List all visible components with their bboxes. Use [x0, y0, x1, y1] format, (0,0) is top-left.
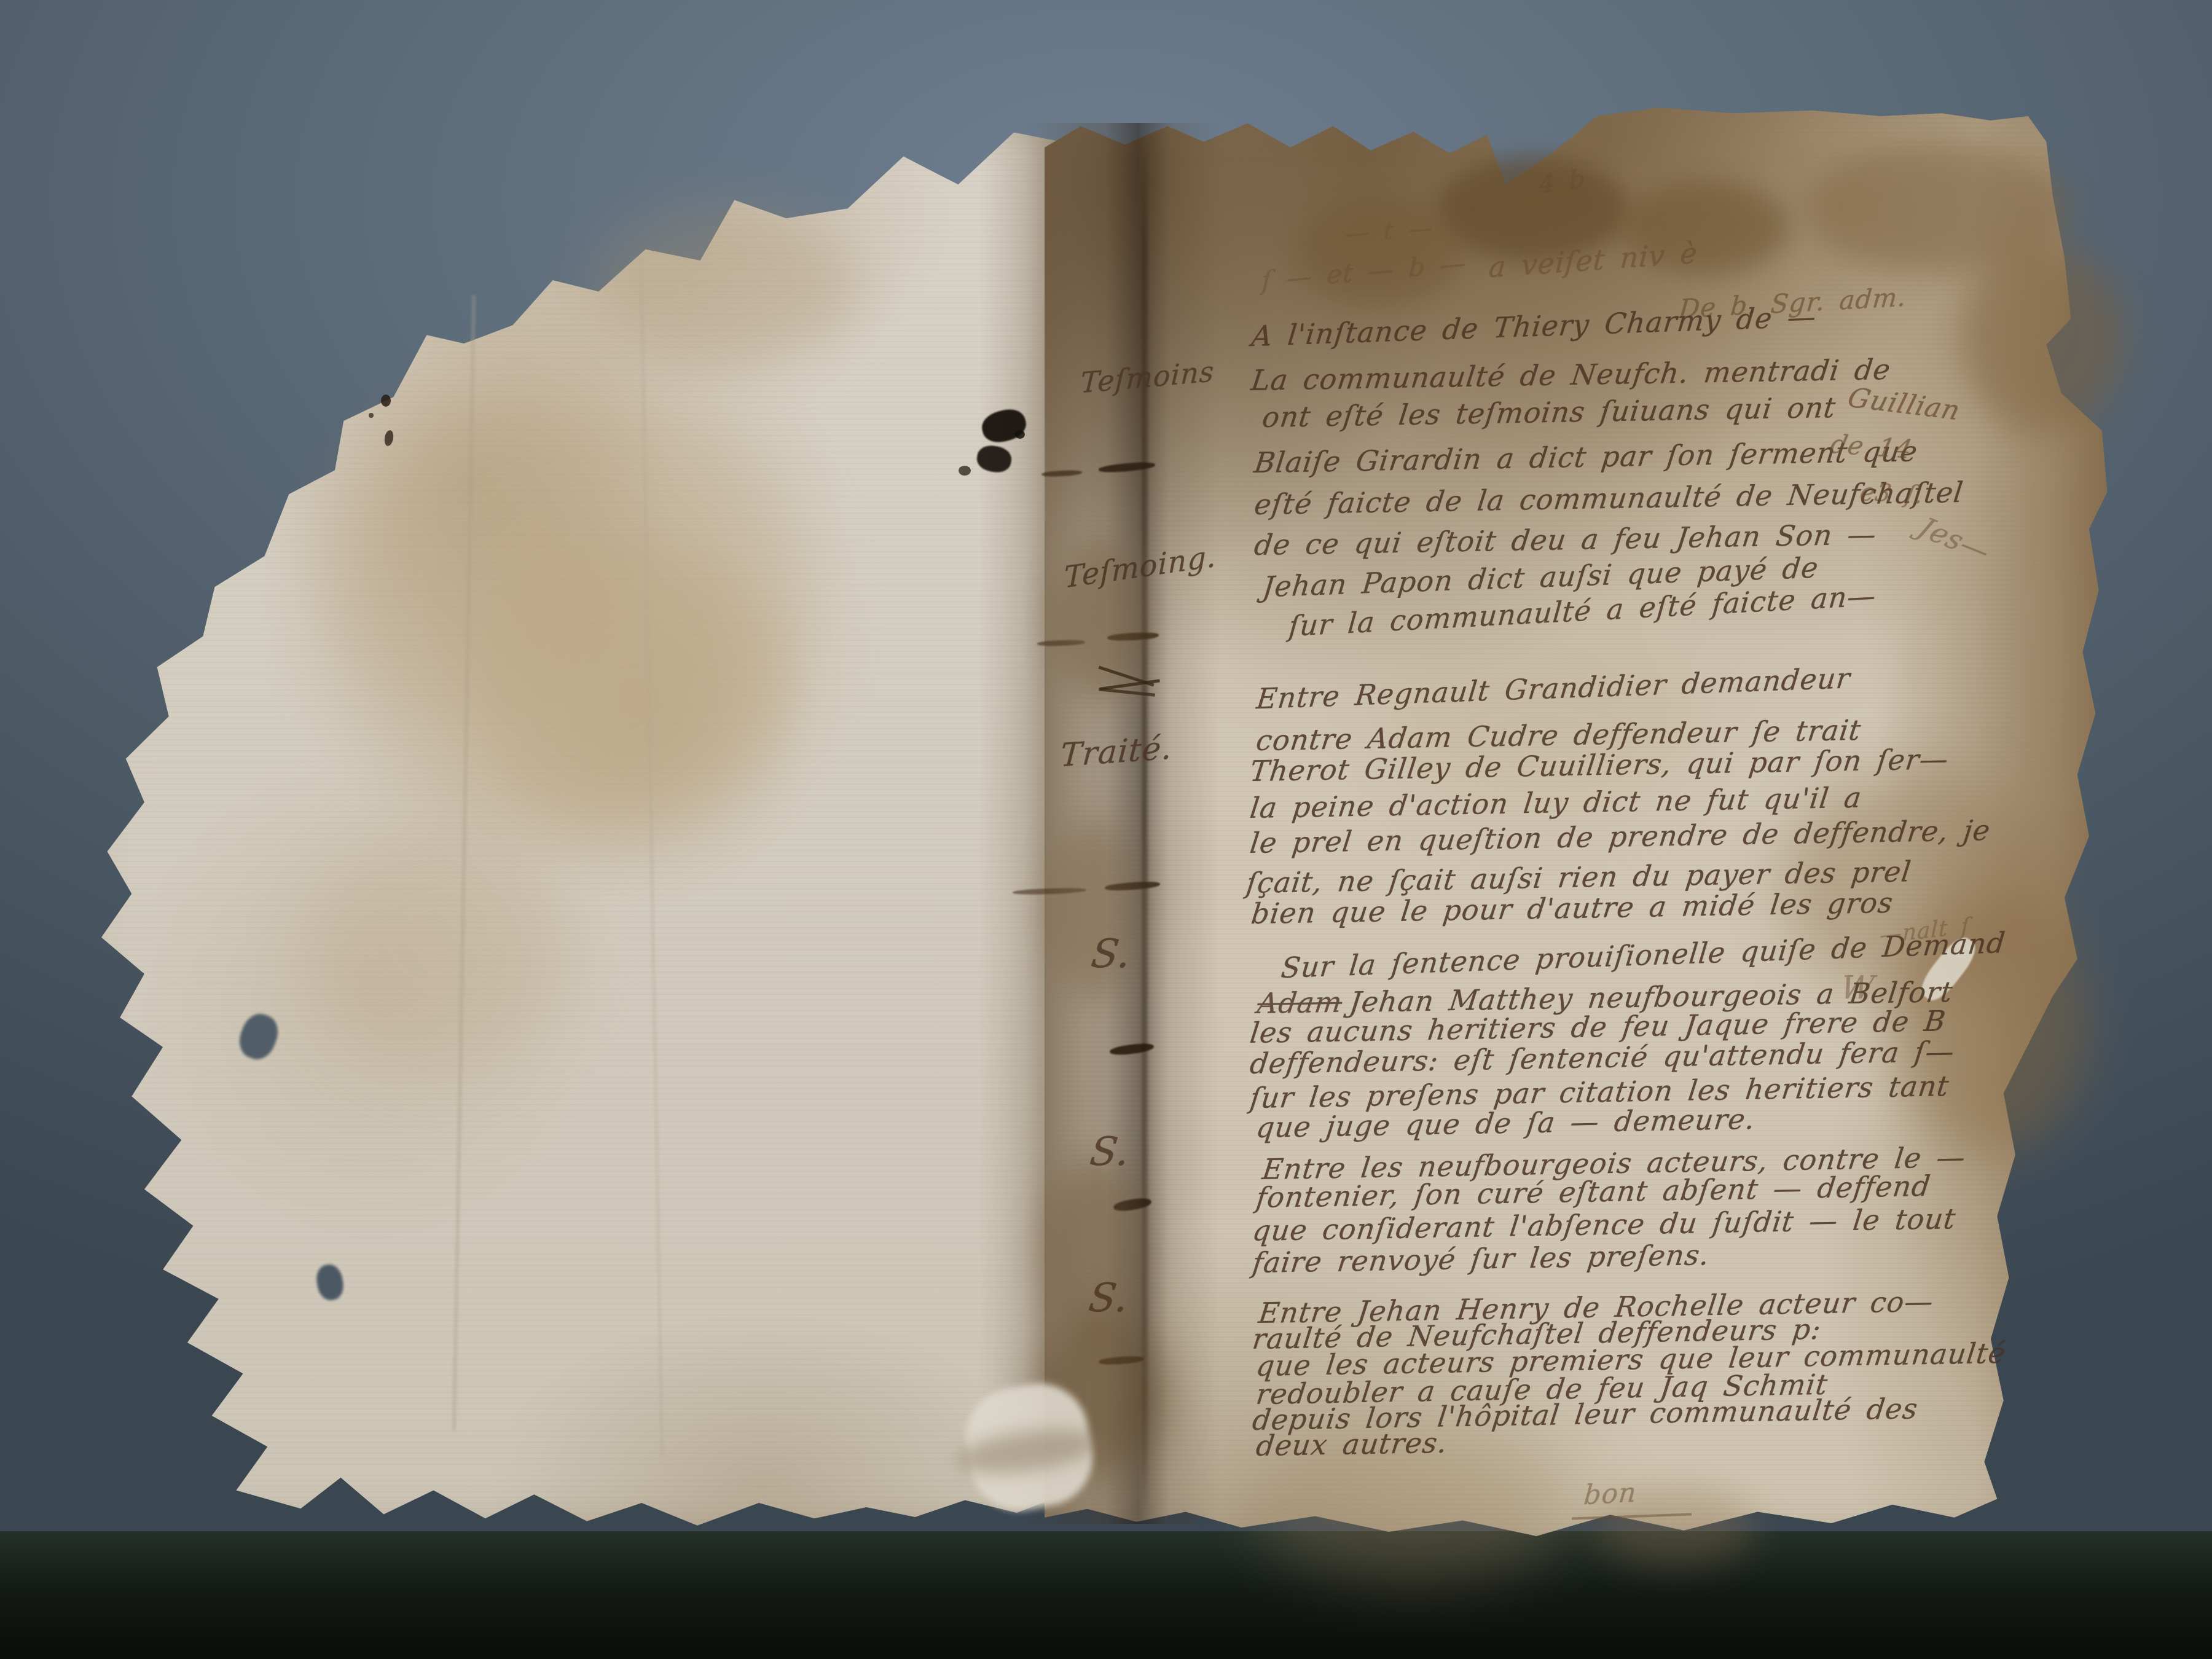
left-page-torn	[80, 120, 1057, 1527]
right-page-written	[1045, 108, 2114, 1536]
manuscript-photo: TeſmoinsTeſmoing.Traité.S.S.S.4 b— t —ſ …	[0, 0, 2212, 1659]
table-shadow-band	[0, 1531, 2212, 1659]
